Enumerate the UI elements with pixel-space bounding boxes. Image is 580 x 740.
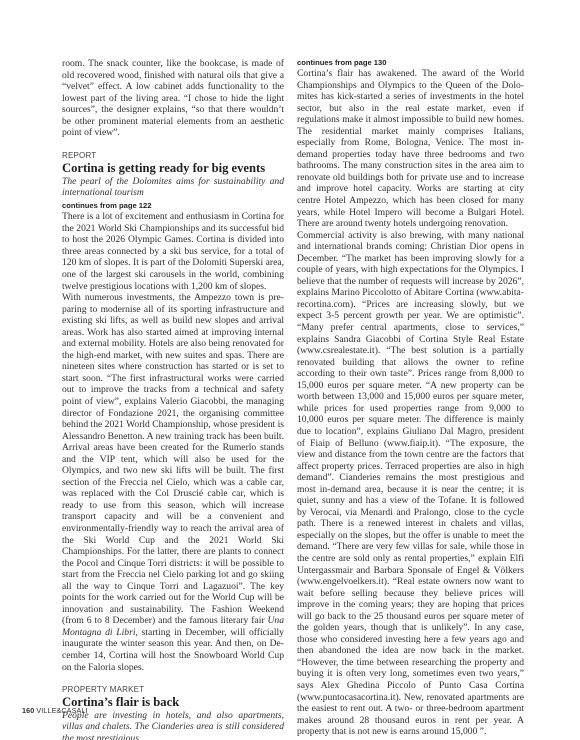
article-report: REPORT Cortina is getting ready for big … bbox=[62, 151, 284, 673]
article-paragraph: With numerous investments, the Ampezzo t… bbox=[62, 292, 284, 673]
page-number: 160 bbox=[22, 706, 34, 715]
magazine-page: room. The snack counter, like the bookca… bbox=[0, 0, 580, 740]
section-kicker: REPORT bbox=[62, 151, 284, 160]
intro-paragraph: room. The snack counter, like the bookca… bbox=[62, 58, 284, 139]
article-headline: Cortina is getting ready for big events bbox=[62, 161, 284, 175]
paragraph-text: With numerous investments, the Ampezzo t… bbox=[62, 292, 284, 626]
article-property-market: PROPERTY MARKET Cortina’s flair is back … bbox=[62, 685, 284, 740]
right-column: continues from page 130 Cortina’s flair … bbox=[297, 58, 524, 738]
article-standfirst: People are investing in hotels, and also… bbox=[62, 710, 284, 740]
page-footer: 160 VILLE&CASALI bbox=[22, 706, 88, 715]
section-kicker: PROPERTY MARKET bbox=[62, 685, 284, 694]
continues-note: continues from page 130 bbox=[297, 58, 524, 67]
article-headline: Cortina’s flair is back bbox=[62, 695, 284, 709]
article-paragraph: Cortina’s flair has awakened. The award … bbox=[297, 68, 524, 230]
article-standfirst: The pearl of the Dolomites aims for sust… bbox=[62, 176, 284, 198]
magazine-name: VILLE&CASALI bbox=[36, 706, 87, 715]
article-paragraph: There is a lot of excitement and enthusi… bbox=[62, 211, 284, 292]
continues-note: continues from page 122 bbox=[62, 201, 284, 210]
article-paragraph: Commercial activity is also brewing, wit… bbox=[297, 230, 524, 738]
left-column: room. The snack counter, like the bookca… bbox=[62, 58, 284, 740]
